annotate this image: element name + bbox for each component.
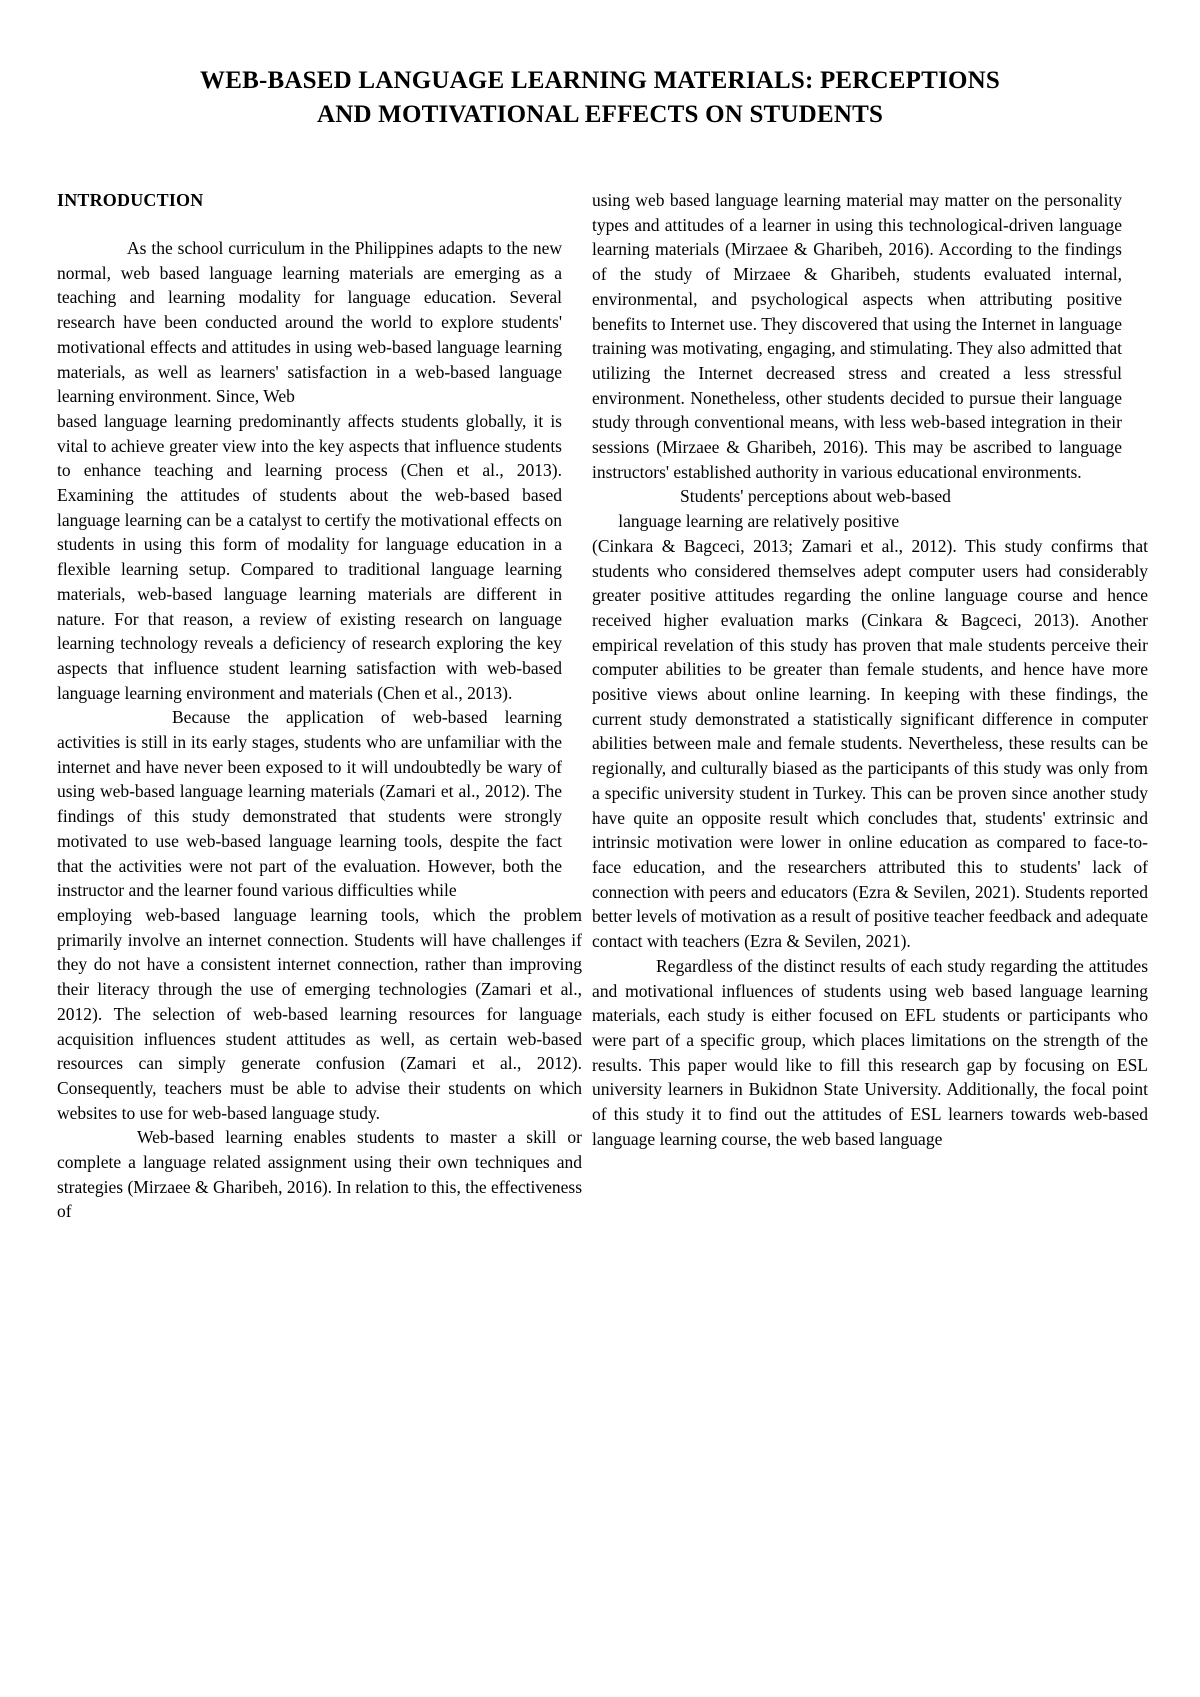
right-paragraph-1: using web based language learning materi…	[592, 188, 1122, 484]
left-paragraph-3: employing web-based language learning to…	[57, 903, 582, 1125]
section-heading-introduction: INTRODUCTION	[57, 188, 203, 212]
left-paragraph-2: Because the application of web-based lea…	[57, 705, 562, 903]
left-paragraph-1: As the school curriculum in the Philippi…	[57, 236, 562, 705]
right-paragraph-2: Students' perceptions about web-based la…	[592, 484, 1148, 953]
left-paragraph-4: Web-based learning enables students to m…	[57, 1125, 582, 1224]
left-column: As the school curriculum in the Philippi…	[57, 236, 562, 1224]
right-paragraph-3: Regardless of the distinct results of ea…	[592, 954, 1148, 1152]
right-column: using web based language learning materi…	[592, 188, 1148, 1151]
paper-page: WEB-BASED LANGUAGE LEARNING MATERIALS: P…	[0, 0, 1200, 1697]
paper-title: WEB-BASED LANGUAGE LEARNING MATERIALS: P…	[0, 64, 1200, 132]
